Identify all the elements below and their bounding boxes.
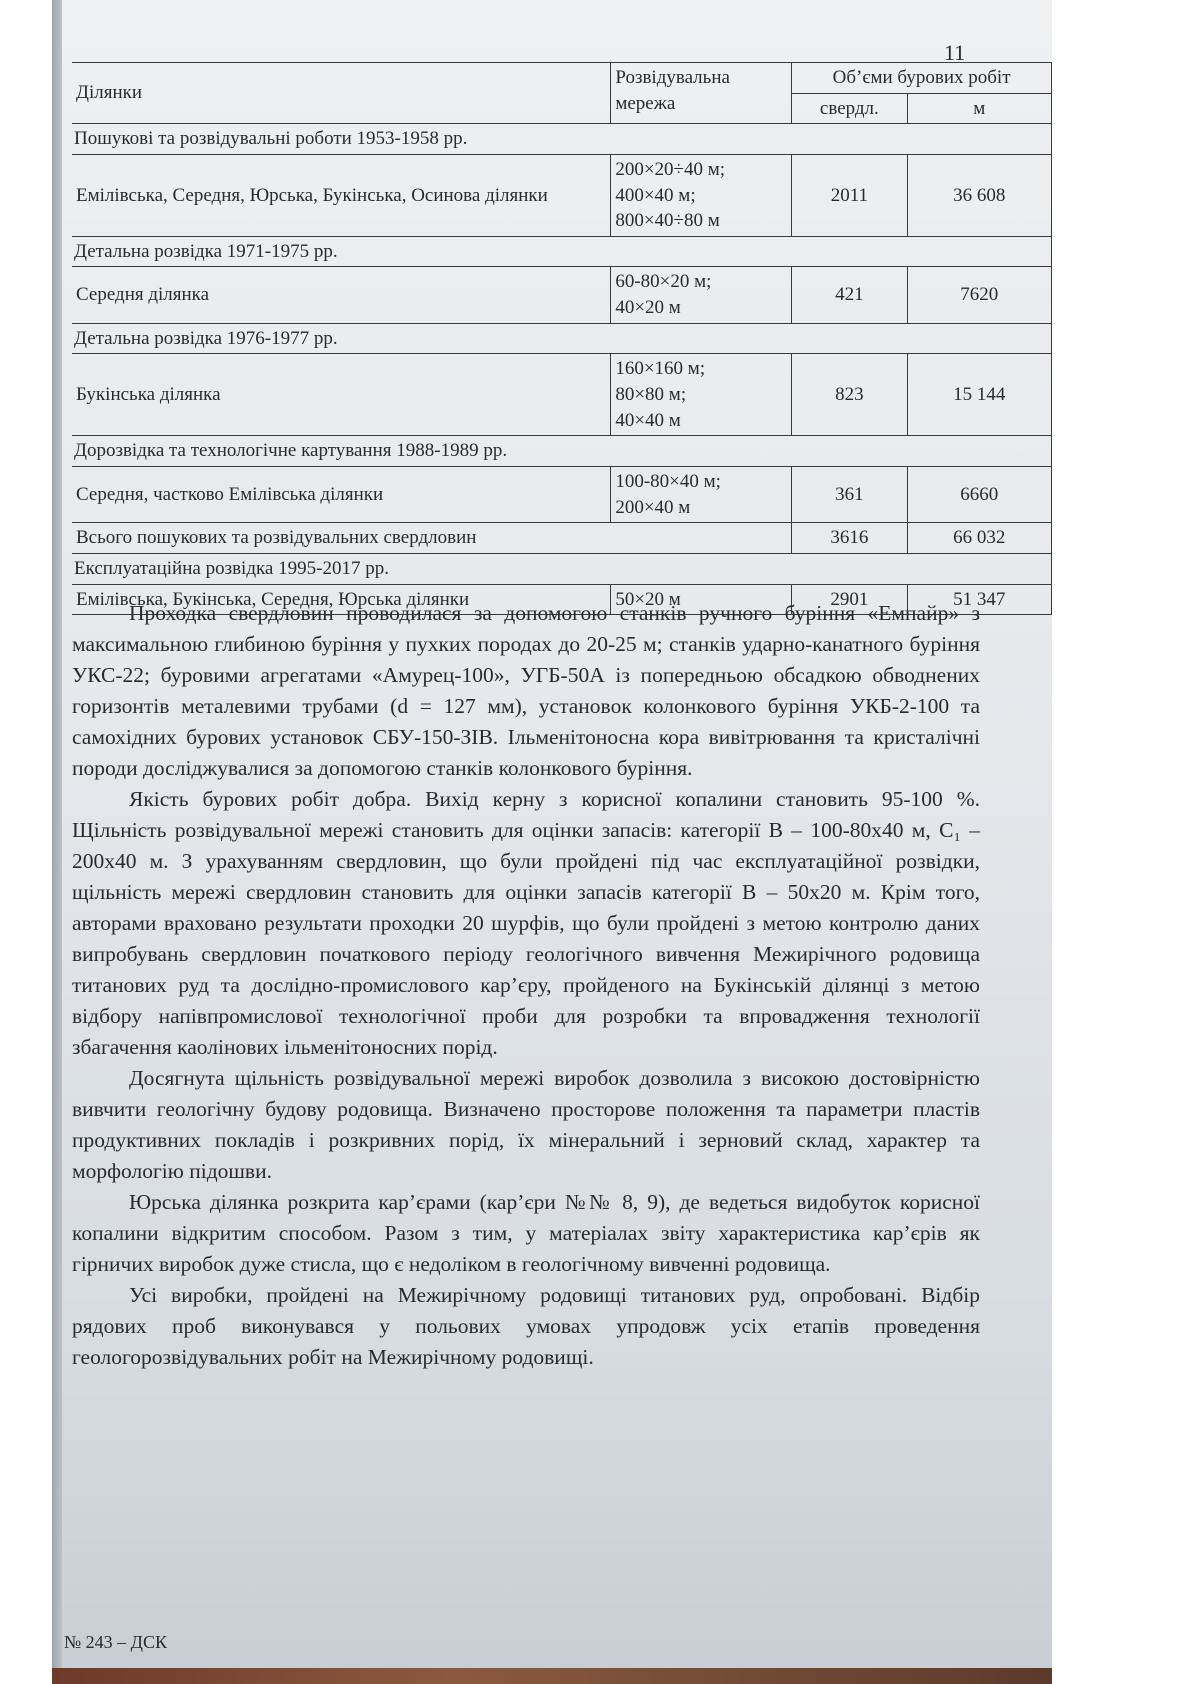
table-row: Середня ділянка60-80×20 м;40×20 м4217620 bbox=[72, 267, 1052, 323]
total-label: Всього пошукових та розвідувальних сверд… bbox=[72, 523, 792, 554]
section-row: Детальна розвідка 1971-1975 рр. bbox=[72, 236, 1052, 267]
area-cell: Середня ділянка bbox=[72, 267, 611, 323]
section-row: Детальна розвідка 1976-1977 рр. bbox=[72, 323, 1052, 354]
network-line: 60-80×20 м; bbox=[615, 269, 787, 295]
document-classification-footer: № 243 – ДСК bbox=[64, 1632, 167, 1653]
table-row: Середня, частково Емілівська ділянки100-… bbox=[72, 466, 1052, 522]
holes-cell: 361 bbox=[792, 466, 907, 522]
paragraph: Усі виробки, пройдені на Межирічному род… bbox=[72, 1280, 980, 1373]
holes-cell: 2011 bbox=[792, 154, 907, 236]
section-row: Експлуатаційна розвідка 1995-2017 рр. bbox=[72, 553, 1052, 584]
total-row: Всього пошукових та розвідувальних сверд… bbox=[72, 523, 1052, 554]
meters-cell: 6660 bbox=[907, 466, 1051, 522]
header-holes: свердл. bbox=[792, 93, 907, 124]
network-line: 40×20 м bbox=[615, 295, 787, 321]
holes-cell: 421 bbox=[792, 267, 907, 323]
paragraph: Якість бурових робіт добра. Вихід керну … bbox=[72, 784, 980, 1063]
holes-cell: 823 bbox=[792, 354, 907, 436]
network-cell: 160×160 м;80×80 м;40×40 м bbox=[611, 354, 792, 436]
network-cell: 60-80×20 м;40×20 м bbox=[611, 267, 792, 323]
network-cell: 200×20÷40 м;400×40 м;800×40÷80 м bbox=[611, 154, 792, 236]
total-holes: 3616 bbox=[792, 523, 907, 554]
network-line: 160×160 м; bbox=[615, 356, 787, 382]
paragraph: Досягнута щільність розвідувальної мереж… bbox=[72, 1063, 980, 1187]
network-line: 40×40 м bbox=[615, 408, 787, 434]
section-title: Дорозвідка та технологічне картування 19… bbox=[72, 436, 1052, 467]
body-text: Проходка свердловин проводилася за допом… bbox=[72, 598, 980, 1373]
area-cell: Букінська ділянка bbox=[72, 354, 611, 436]
header-area: Ділянки bbox=[72, 63, 611, 124]
meters-cell: 15 144 bbox=[907, 354, 1051, 436]
network-line: 400×40 м; bbox=[615, 183, 787, 209]
header-volume-group: Об’єми бурових робіт bbox=[792, 63, 1052, 94]
section-row: Пошукові та розвідувальні роботи 1953-19… bbox=[72, 124, 1052, 155]
network-line: 80×80 м; bbox=[615, 382, 787, 408]
section-title: Пошукові та розвідувальні роботи 1953-19… bbox=[72, 124, 1052, 155]
network-line: 200×40 м bbox=[615, 495, 787, 521]
meters-cell: 36 608 bbox=[907, 154, 1051, 236]
network-line: 800×40÷80 м bbox=[615, 208, 787, 234]
paragraph: Юрська ділянка розкрита кар’єрами (кар’є… bbox=[72, 1187, 980, 1280]
header-network: Розвідувальна мережа bbox=[611, 63, 792, 124]
section-title: Детальна розвідка 1976-1977 рр. bbox=[72, 323, 1052, 354]
meters-cell: 7620 bbox=[907, 267, 1051, 323]
network-line: 200×20÷40 м; bbox=[615, 157, 787, 183]
section-title: Детальна розвідка 1971-1975 рр. bbox=[72, 236, 1052, 267]
header-meters: м bbox=[907, 93, 1051, 124]
section-row: Дорозвідка та технологічне картування 19… bbox=[72, 436, 1052, 467]
section-title: Експлуатаційна розвідка 1995-2017 рр. bbox=[72, 553, 1052, 584]
area-cell: Емілівська, Середня, Юрська, Букінська, … bbox=[72, 154, 611, 236]
desk-surface bbox=[52, 1668, 1052, 1684]
paragraph: Проходка свердловин проводилася за допом… bbox=[72, 598, 980, 784]
area-cell: Середня, частково Емілівська ділянки bbox=[72, 466, 611, 522]
total-meters: 66 032 bbox=[907, 523, 1051, 554]
table-row: Емілівська, Середня, Юрська, Букінська, … bbox=[72, 154, 1052, 236]
table-header-row: Ділянки Розвідувальна мережа Об’єми буро… bbox=[72, 63, 1052, 94]
drilling-volume-table: Ділянки Розвідувальна мережа Об’єми буро… bbox=[72, 62, 1052, 615]
network-line: 100-80×40 м; bbox=[615, 469, 787, 495]
network-cell: 100-80×40 м;200×40 м bbox=[611, 466, 792, 522]
table-row: Букінська ділянка160×160 м;80×80 м;40×40… bbox=[72, 354, 1052, 436]
